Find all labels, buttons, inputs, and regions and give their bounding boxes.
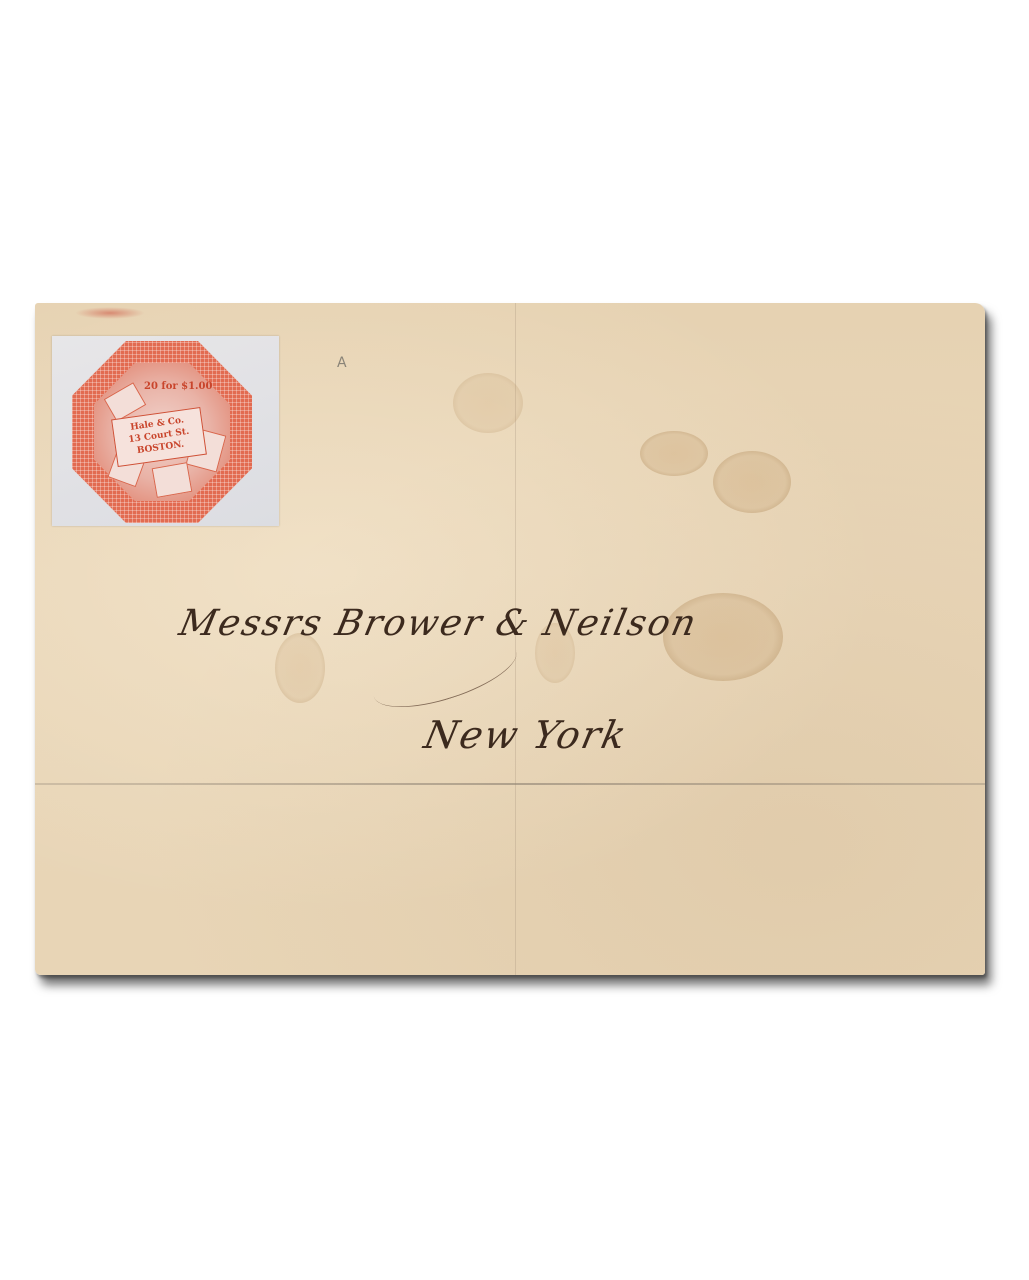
- stain: [453, 373, 523, 433]
- pencil-mark: A: [337, 355, 347, 371]
- red-ink-smudge: [75, 307, 145, 319]
- folded-letter-cover: 20 for $1.00 Hale & Co. 13 Court St. BOS…: [35, 303, 985, 975]
- octagonal-stamp: 20 for $1.00 Hale & Co. 13 Court St. BOS…: [72, 341, 252, 523]
- stain: [640, 431, 708, 476]
- address-line-2: New York: [420, 713, 632, 757]
- stamp-paper: 20 for $1.00 Hale & Co. 13 Court St. BOS…: [52, 336, 279, 526]
- horizontal-fold-line: [35, 783, 985, 785]
- stamp-price-text: 20 for $1.00: [144, 381, 212, 392]
- address-line-1: Messrs Brower & Neilson: [176, 603, 702, 644]
- envelope-icon: [152, 462, 193, 498]
- stain: [713, 451, 791, 513]
